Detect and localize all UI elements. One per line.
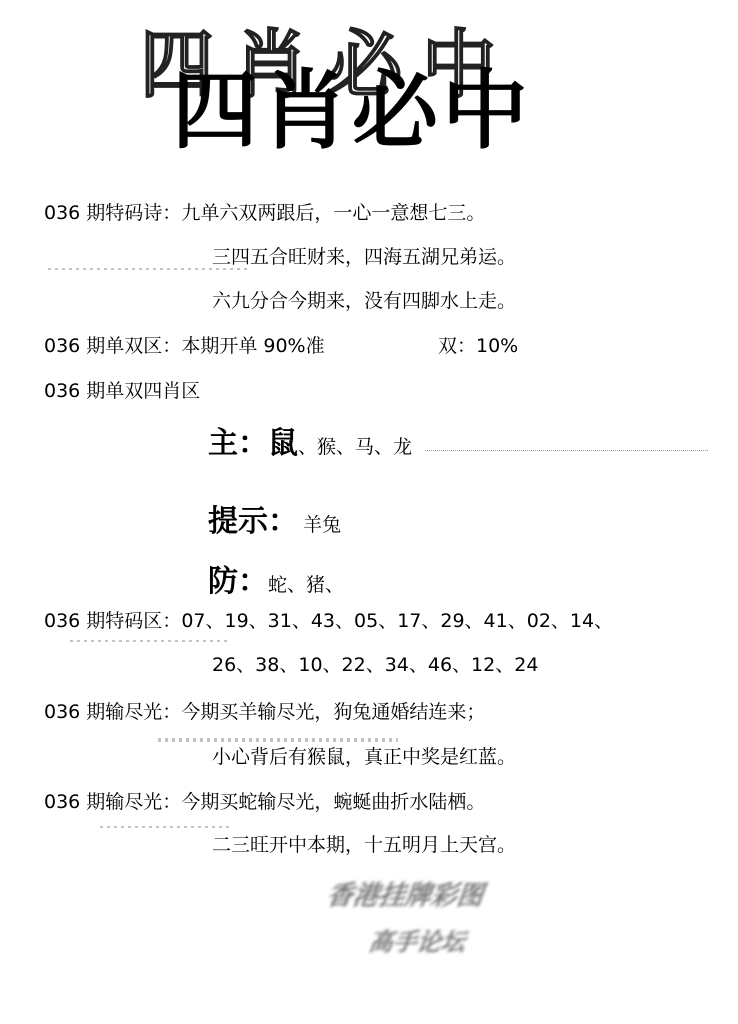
main-zodiac-row: 主：鼠、猴、马、龙 (208, 418, 412, 462)
hint-row: 提示： 羊兔 (208, 496, 341, 540)
odd-even-row: 036 期单双区：本期开单 90%准 (44, 337, 325, 356)
scan-noise (70, 640, 230, 642)
lose-2-line-2: 二三旺开中本期，十五明月上天宫。 (212, 836, 516, 855)
hint-label: 提示： (208, 504, 298, 539)
odd-text: 本期开单 90%准 (181, 335, 324, 357)
watermark-line-2: 高手论坛 (366, 922, 475, 957)
scan-noise (158, 738, 398, 742)
main-rest: 、猴、马、龙 (298, 436, 412, 458)
scan-noise (48, 268, 248, 270)
odd-even-label: 036 期单双区： (44, 335, 181, 357)
guard-label: 防： (208, 564, 268, 599)
lose-2-line-1: 今期买蛇输尽光，蜿蜒曲折水陆栖。 (181, 791, 485, 813)
four-zodiac-label: 036 期单双四肖区 (44, 382, 200, 401)
main-label: 主： (208, 426, 268, 461)
special-numbers-label: 036 期特码区： (44, 610, 181, 632)
lose-1-row: 036 期输尽光：今期买羊输尽光，狗兔通婚结连来； (44, 703, 485, 722)
guard-value: 蛇、猪、 (268, 574, 344, 596)
special-numbers-row-1: 036 期特码区：07、19、31、43、05、17、29、41、02、14、 (44, 612, 613, 631)
scan-noise (100, 826, 230, 828)
page-title: 四肖必中 (172, 68, 532, 154)
special-numbers-line-1: 07、19、31、43、05、17、29、41、02、14、 (181, 610, 613, 632)
poem-line-3: 六九分合今期来，没有四脚水上走。 (212, 292, 516, 311)
lose-2-row: 036 期输尽光：今期买蛇输尽光，蜿蜒曲折水陆栖。 (44, 793, 485, 812)
lose-1-label: 036 期输尽光： (44, 701, 181, 723)
poem-label: 036 期特码诗： (44, 202, 181, 224)
watermark-line-1: 香港挂牌彩图 (323, 875, 492, 912)
poem-line-1: 九单六双两跟后，一心一意想七三。 (181, 202, 485, 224)
lose-1-line-1: 今期买羊输尽光，狗兔通婚结连来； (181, 701, 485, 723)
poem-row-1: 036 期特码诗：九单六双两跟后，一心一意想七三。 (44, 204, 485, 223)
even-text: 双：10% (438, 337, 518, 356)
hint-value: 羊兔 (303, 514, 341, 536)
special-numbers-line-2: 26、38、10、22、34、46、12、24 (212, 656, 538, 675)
main-first: 鼠 (268, 426, 298, 461)
dotted-divider (425, 450, 708, 451)
poem-line-2: 三四五合旺财来，四海五湖兄弟运。 (212, 248, 516, 267)
lose-1-line-2: 小心背后有猴鼠，真正中奖是红蓝。 (212, 748, 516, 767)
lose-2-label: 036 期输尽光： (44, 791, 181, 813)
guard-row: 防：蛇、猪、 (208, 556, 344, 600)
